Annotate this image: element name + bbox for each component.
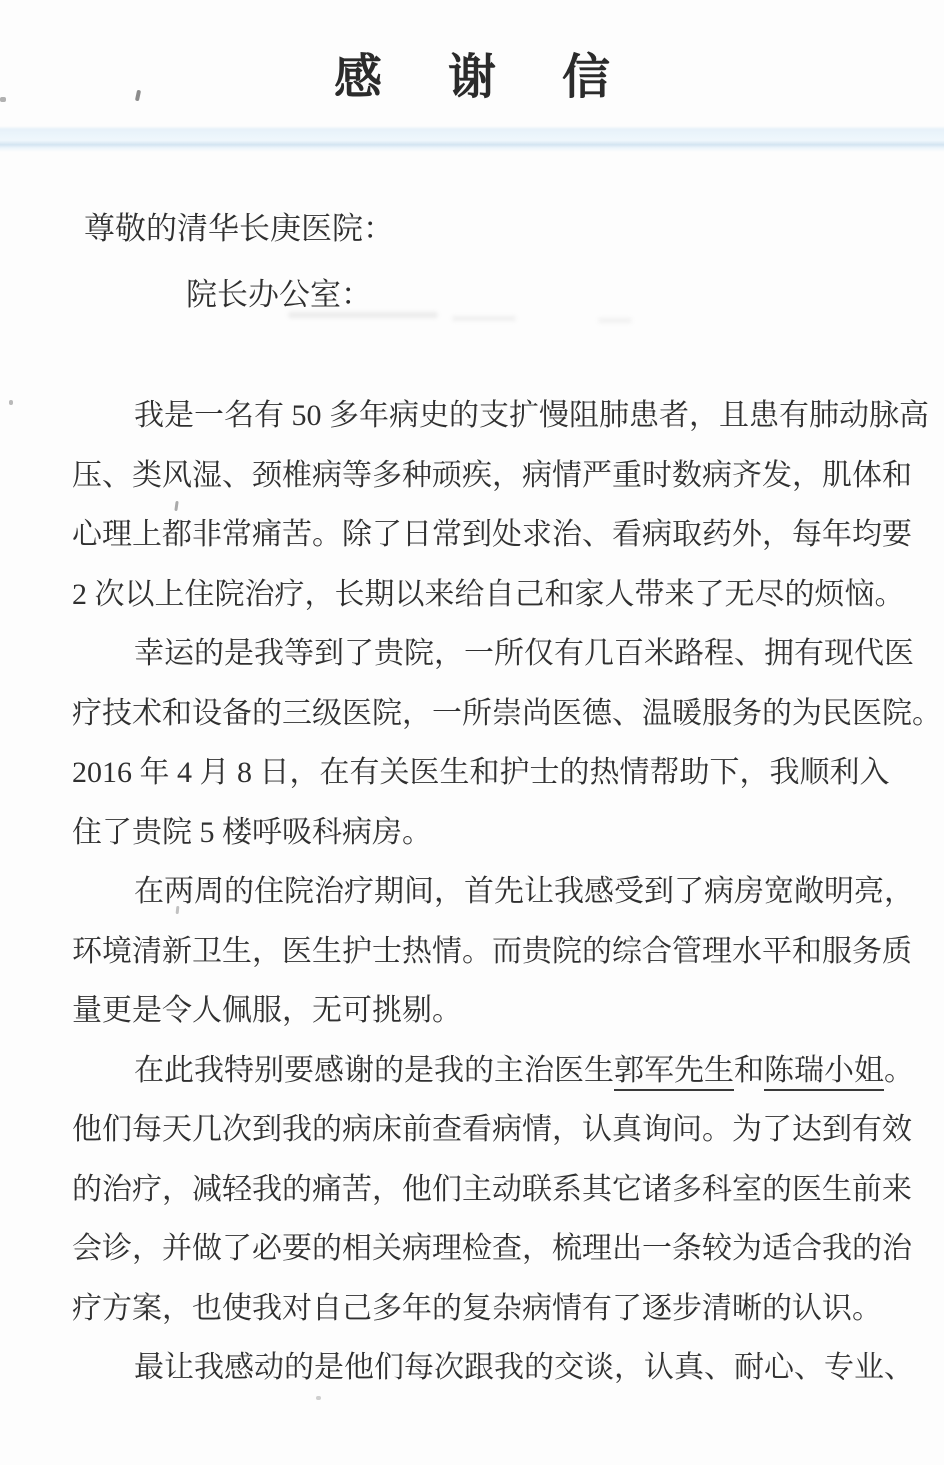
body-line: 量更是令人佩服，无可挑剔。 <box>72 981 888 1041</box>
letter-body: 我是一名有 50 多年病史的支扩慢阻肺患者，且患有肺动脉高 压、类风湿、颈椎病等… <box>72 386 888 1398</box>
title-char-2: 谢 <box>448 52 496 105</box>
body-line: 我是一名有 50 多年病史的支扩慢阻肺患者，且患有肺动脉高 <box>72 386 888 446</box>
letter-title: 感 谢 信 <box>0 52 944 105</box>
scanner-band-artifact <box>0 126 944 152</box>
body-line: 疗方案，也使我对自己多年的复杂病情有了逐步清晰的认识。 <box>72 1279 888 1339</box>
scan-smudge <box>598 318 632 323</box>
salutation-dean-office: 院长办公室： <box>186 276 372 313</box>
body-line: 住了贵院 5 楼呼吸科病房。 <box>72 803 888 863</box>
body-line: 疗技术和设备的三级医院，一所崇尚医德、温暖服务的为民医院。 <box>72 684 888 744</box>
scanned-letter-page: 感 谢 信 尊敬的清华长庚医院： 院长办公室： 我是一名有 50 多年病史的支扩… <box>0 0 944 1465</box>
scan-speck <box>0 97 6 102</box>
doctor-name-underlined: 陈瑞小姐 <box>764 1054 884 1091</box>
doctor-name-underlined: 郭军先生 <box>614 1054 734 1091</box>
body-segment: 和 <box>734 1054 764 1087</box>
body-line: 在两周的住院治疗期间，首先让我感受到了病房宽敞明亮， <box>72 862 888 922</box>
scan-speck <box>9 400 13 405</box>
body-line: 幸运的是我等到了贵院，一所仅有几百米路程、拥有现代医 <box>72 624 888 684</box>
body-line: 2 次以上住院治疗，长期以来给自己和家人带来了无尽的烦恼。 <box>72 565 888 625</box>
salutation-hospital: 尊敬的清华长庚医院： <box>84 210 394 247</box>
body-segment: 在此我特别要感谢的是我的主治医生 <box>134 1054 614 1087</box>
title-char-1: 感 <box>334 52 382 105</box>
body-line: 他们每天几次到我的病床前查看病情，认真询问。为了达到有效 <box>72 1100 888 1160</box>
scan-speck <box>316 1396 321 1400</box>
body-line: 压、类风湿、颈椎病等多种顽疾，病情严重时数病齐发，肌体和 <box>72 446 888 506</box>
body-line: 环境清新卫生，医生护士热情。而贵院的综合管理水平和服务质 <box>72 922 888 982</box>
body-line: 心理上都非常痛苦。除了日常到处求治、看病取药外，每年均要 <box>72 505 888 565</box>
body-line: 的治疗，减轻我的痛苦，他们主动联系其它诸多科室的医生前来 <box>72 1160 888 1220</box>
body-line: 最让我感动的是他们每次跟我的交谈，认真、耐心、专业、 <box>72 1338 888 1398</box>
body-line: 会诊，并做了必要的相关病理检查，梳理出一条较为适合我的治 <box>72 1219 888 1279</box>
body-line: 2016 年 4 月 8 日，在有关医生和护士的热情帮助下，我顺利入 <box>72 743 888 803</box>
body-segment: 。 <box>884 1054 914 1087</box>
body-line-with-underlined-names: 在此我特别要感谢的是我的主治医生郭军先生和陈瑞小姐。 <box>72 1041 888 1101</box>
scan-smudge <box>288 312 438 318</box>
title-char-3: 信 <box>562 52 610 105</box>
scan-smudge <box>452 316 516 321</box>
